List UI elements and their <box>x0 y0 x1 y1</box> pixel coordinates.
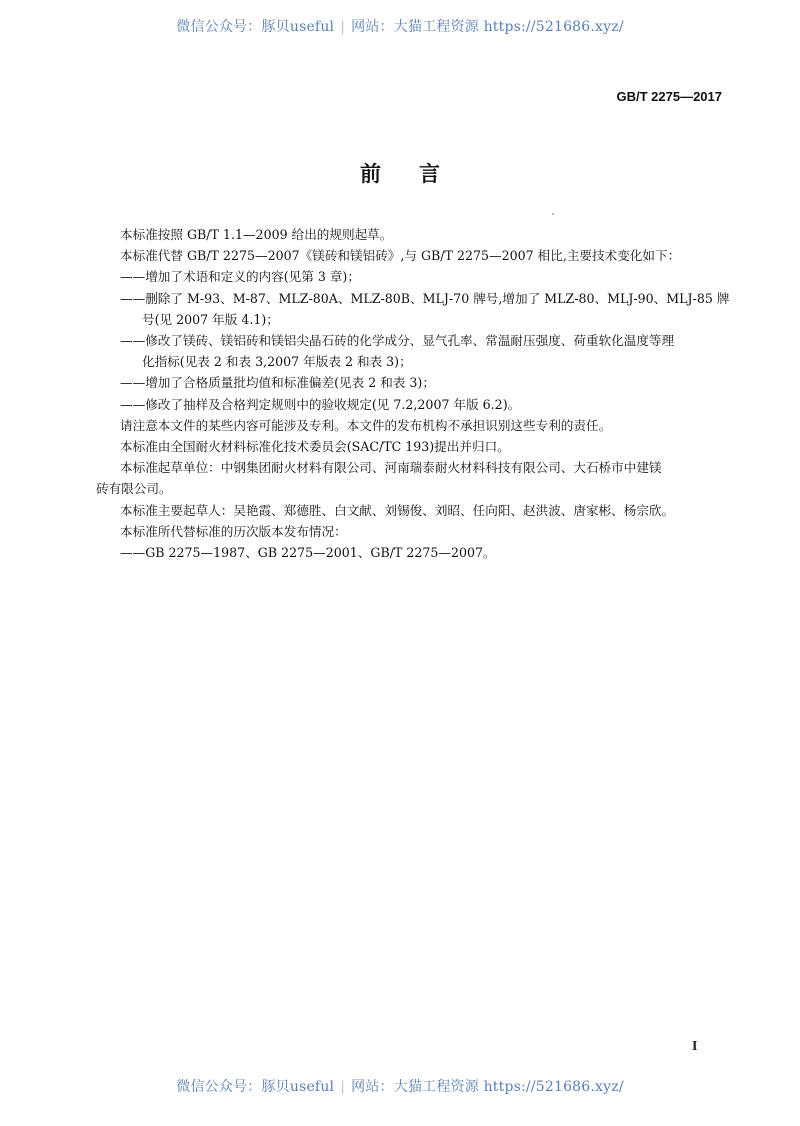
change-item-continuation: 号(见 2007 年版 4.1)； <box>96 309 718 330</box>
watermark-bottom: 微信公众号：豚贝useful|网站：大猫工程资源 https://521686.… <box>0 1076 800 1096</box>
watermark-top: 微信公众号：豚贝useful|网站：大猫工程资源 https://521686.… <box>0 16 800 36</box>
paragraph-replaces: 本标准代替 GB/T 2275—2007《镁砖和镁铝砖》,与 GB/T 2275… <box>96 245 718 266</box>
change-item: ——修改了镁砖、镁铝砖和镁铝尖晶石砖的化学成分、显气孔率、常温耐压强度、荷重软化… <box>96 330 718 351</box>
paragraph-drafting-units: 本标准起草单位：中钢集团耐火材料有限公司、河南瑞泰耐火材料科技有限公司、大石桥市… <box>96 457 718 478</box>
watermark-site-text: 网站：大猫工程资源 https://521686.xyz/ <box>351 19 624 35</box>
paragraph-drafting-units-continuation: 砖有限公司。 <box>96 478 718 499</box>
paragraph-history-heading: 本标准所代替标准的历次版本发布情况： <box>96 521 718 542</box>
history-item: ——GB 2275—1987、GB 2275—2001、GB/T 2275—20… <box>96 542 718 563</box>
change-item: ——增加了合格质量批均值和标准偏差(见表 2 和表 3)； <box>96 372 718 393</box>
paragraph-drafters: 本标准主要起草人：吴艳霞、郑德胜、白文献、刘锡俊、刘昭、任向阳、赵洪波、唐家彬、… <box>96 500 718 521</box>
change-item: ——删除了 M-93、M-87、MLZ-80A、MLZ-80B、MLJ-70 牌… <box>96 288 718 309</box>
watermark-wechat-text: 微信公众号：豚贝useful <box>176 19 334 35</box>
page-number: I <box>692 1039 697 1055</box>
paragraph-patent-notice: 请注意本文件的某些内容可能涉及专利。本文件的发布机构不承担识别这些专利的责任。 <box>96 415 718 436</box>
page-title: 前言 <box>0 158 800 188</box>
watermark-separator: | <box>334 1079 351 1095</box>
watermark-separator: | <box>334 19 351 35</box>
paragraph-proposer: 本标准由全国耐火材料标准化技术委员会(SAC/TC 193)提出并归口。 <box>96 436 718 457</box>
change-item: ——增加了术语和定义的内容(见第 3 章)； <box>96 266 718 287</box>
watermark-wechat-text: 微信公众号：豚贝useful <box>176 1079 334 1095</box>
foreword-body: 本标准按照 GB/T 1.1—2009 给出的规则起草。 本标准代替 GB/T … <box>96 224 718 563</box>
watermark-site-text: 网站：大猫工程资源 https://521686.xyz/ <box>351 1079 624 1095</box>
paragraph-drafting-rule: 本标准按照 GB/T 1.1—2009 给出的规则起草。 <box>96 224 718 245</box>
change-item-continuation: 化指标(见表 2 和表 3,2007 年版表 2 和表 3)； <box>96 351 718 372</box>
standard-code: GB/T 2275—2017 <box>616 89 722 104</box>
scan-speck <box>552 213 554 215</box>
change-item: ——修改了抽样及合格判定规则中的验收规定(见 7.2,2007 年版 6.2)。 <box>96 394 718 415</box>
